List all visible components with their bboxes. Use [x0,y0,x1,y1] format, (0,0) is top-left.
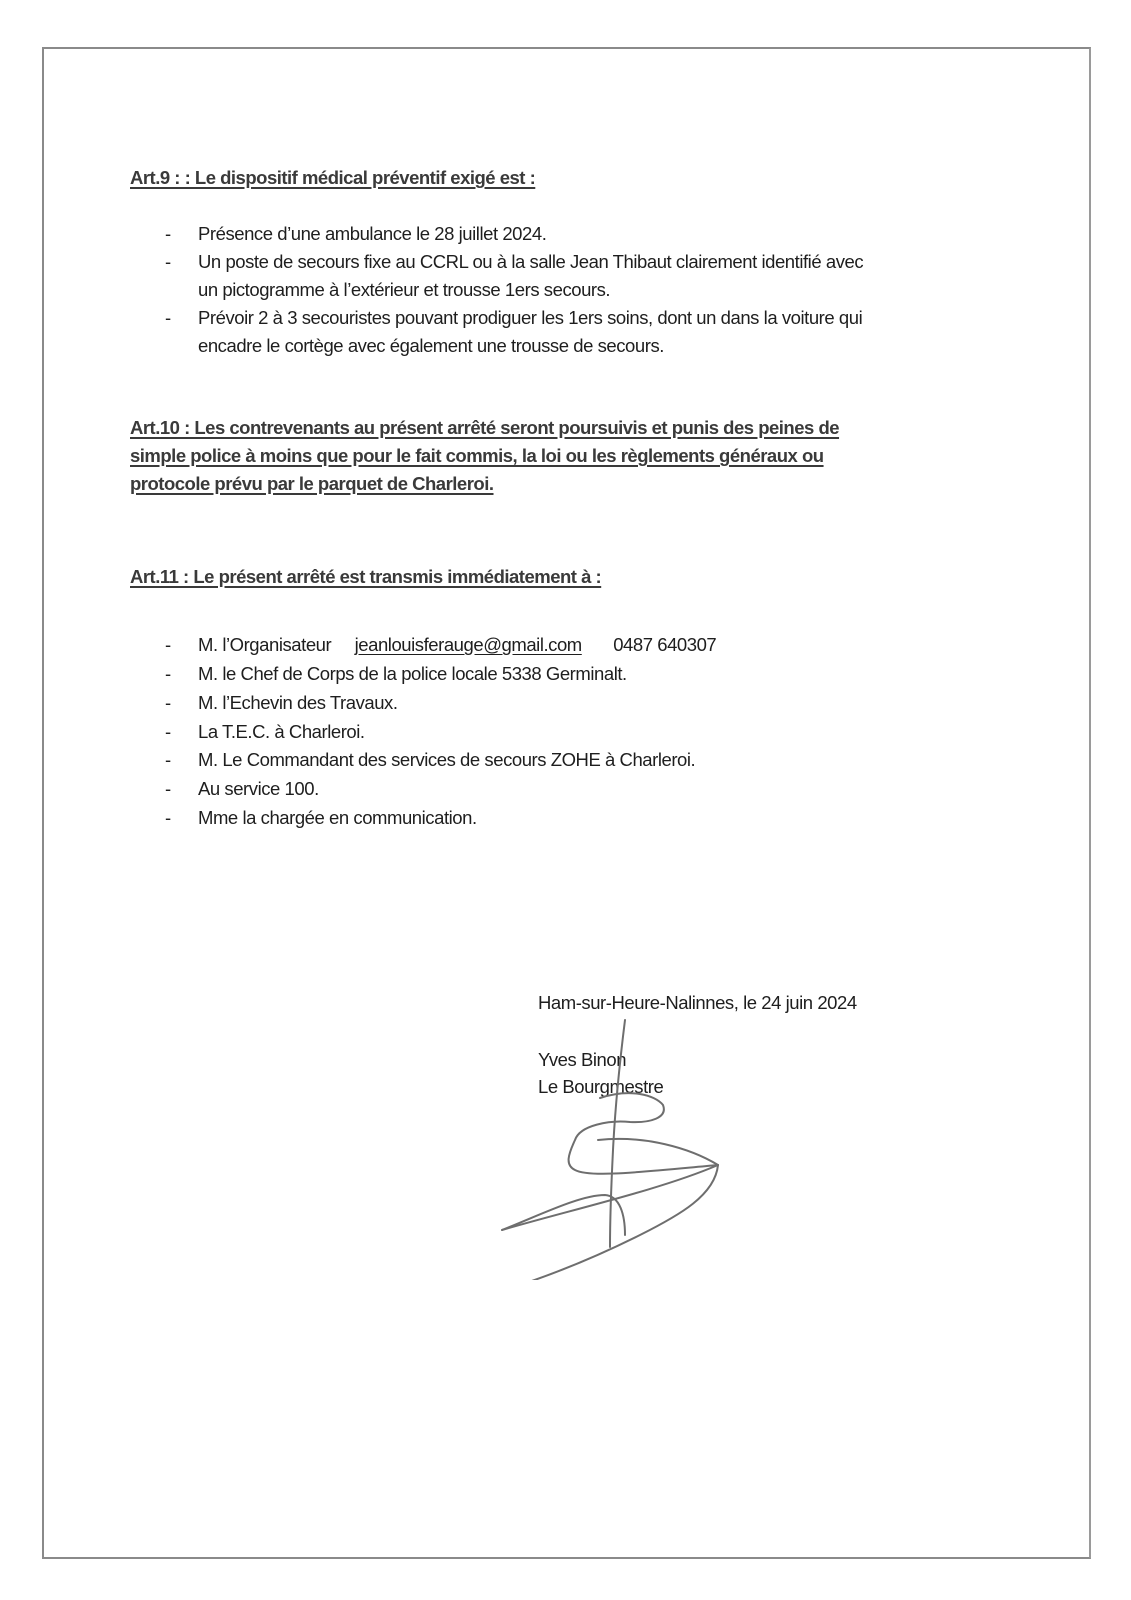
art11-heading: Art.11 : Le présent arrêté est transmis … [130,566,601,588]
bullet-dash: - [165,663,171,685]
organizer-phone: 0487 640307 [613,634,716,655]
recipient-item: La T.E.C. à Charleroi. [198,721,365,743]
recipient-item: M. l’Echevin des Travaux. [198,692,398,714]
art9-bullet-3-line-2: encadre le cortège avec également une tr… [198,335,664,357]
organizer-label: M. l’Organisateur [198,634,331,655]
art9-bullet-2-line-1: Un poste de secours fixe au CCRL ou à la… [198,251,863,273]
bullet-dash: - [165,634,171,656]
recipient-item: Mme la chargée en communication. [198,807,477,829]
recipient-item: M. Le Commandant des services de secours… [198,749,695,771]
organizer-email-link[interactable]: jeanlouisferauge@gmail.com [355,634,582,655]
art9-bullet-1: Présence d’une ambulance le 28 juillet 2… [198,223,546,245]
recipient-organizer: M. l’Organisateur jeanlouisferauge@gmail… [198,634,716,656]
art10-line-3: protocole prévu par le parquet de Charle… [130,473,494,495]
document-page: Art.9 : : Le dispositif médical préventi… [0,0,1131,1600]
art9-heading: Art.9 : : Le dispositif médical préventi… [130,167,535,189]
bullet-dash: - [165,223,171,245]
bullet-dash: - [165,251,171,273]
art10-line-1: Art.10 : Les contrevenants au présent ar… [130,417,839,439]
bullet-dash: - [165,778,171,800]
art9-bullet-2-line-2: un pictogramme à l’extérieur et trousse … [198,279,610,301]
handwritten-signature [480,1000,740,1280]
recipient-item: Au service 100. [198,778,319,800]
art9-bullet-3-line-1: Prévoir 2 à 3 secouristes pouvant prodig… [198,307,862,329]
bullet-dash: - [165,307,171,329]
bullet-dash: - [165,807,171,829]
bullet-dash: - [165,721,171,743]
bullet-dash: - [165,749,171,771]
recipient-item: M. le Chef de Corps de la police locale … [198,663,627,685]
art10-line-2: simple police à moins que pour le fait c… [130,445,824,467]
bullet-dash: - [165,692,171,714]
